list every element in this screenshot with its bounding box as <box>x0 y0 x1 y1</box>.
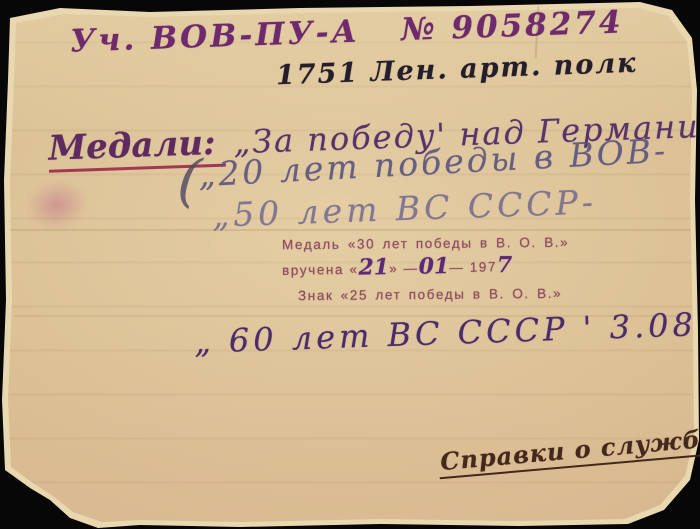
stamp-awarded-date-line: вручена « 21 » — 01 — 197 7 <box>282 251 513 281</box>
awarded-prefix: вручена « <box>282 262 359 278</box>
stamp-medal-30-years: Медаль «30 лет победы в В. О. В.» <box>282 236 569 253</box>
awarded-day-handwritten: 21 <box>358 254 389 281</box>
scanned-document-photo: Уч. ВОВ-ПУ-А № 9058274 1751 Лен. арт. по… <box>0 0 700 529</box>
stamp-znak-25-years: Знак «25 лет победы в В. О. В.» <box>298 287 562 304</box>
awarded-year-digit-handwritten: 7 <box>497 252 513 278</box>
awarded-year-printed: — 197 <box>449 259 497 275</box>
awarded-month-handwritten: 01 <box>418 253 449 280</box>
awarded-separator: » — <box>389 261 419 277</box>
